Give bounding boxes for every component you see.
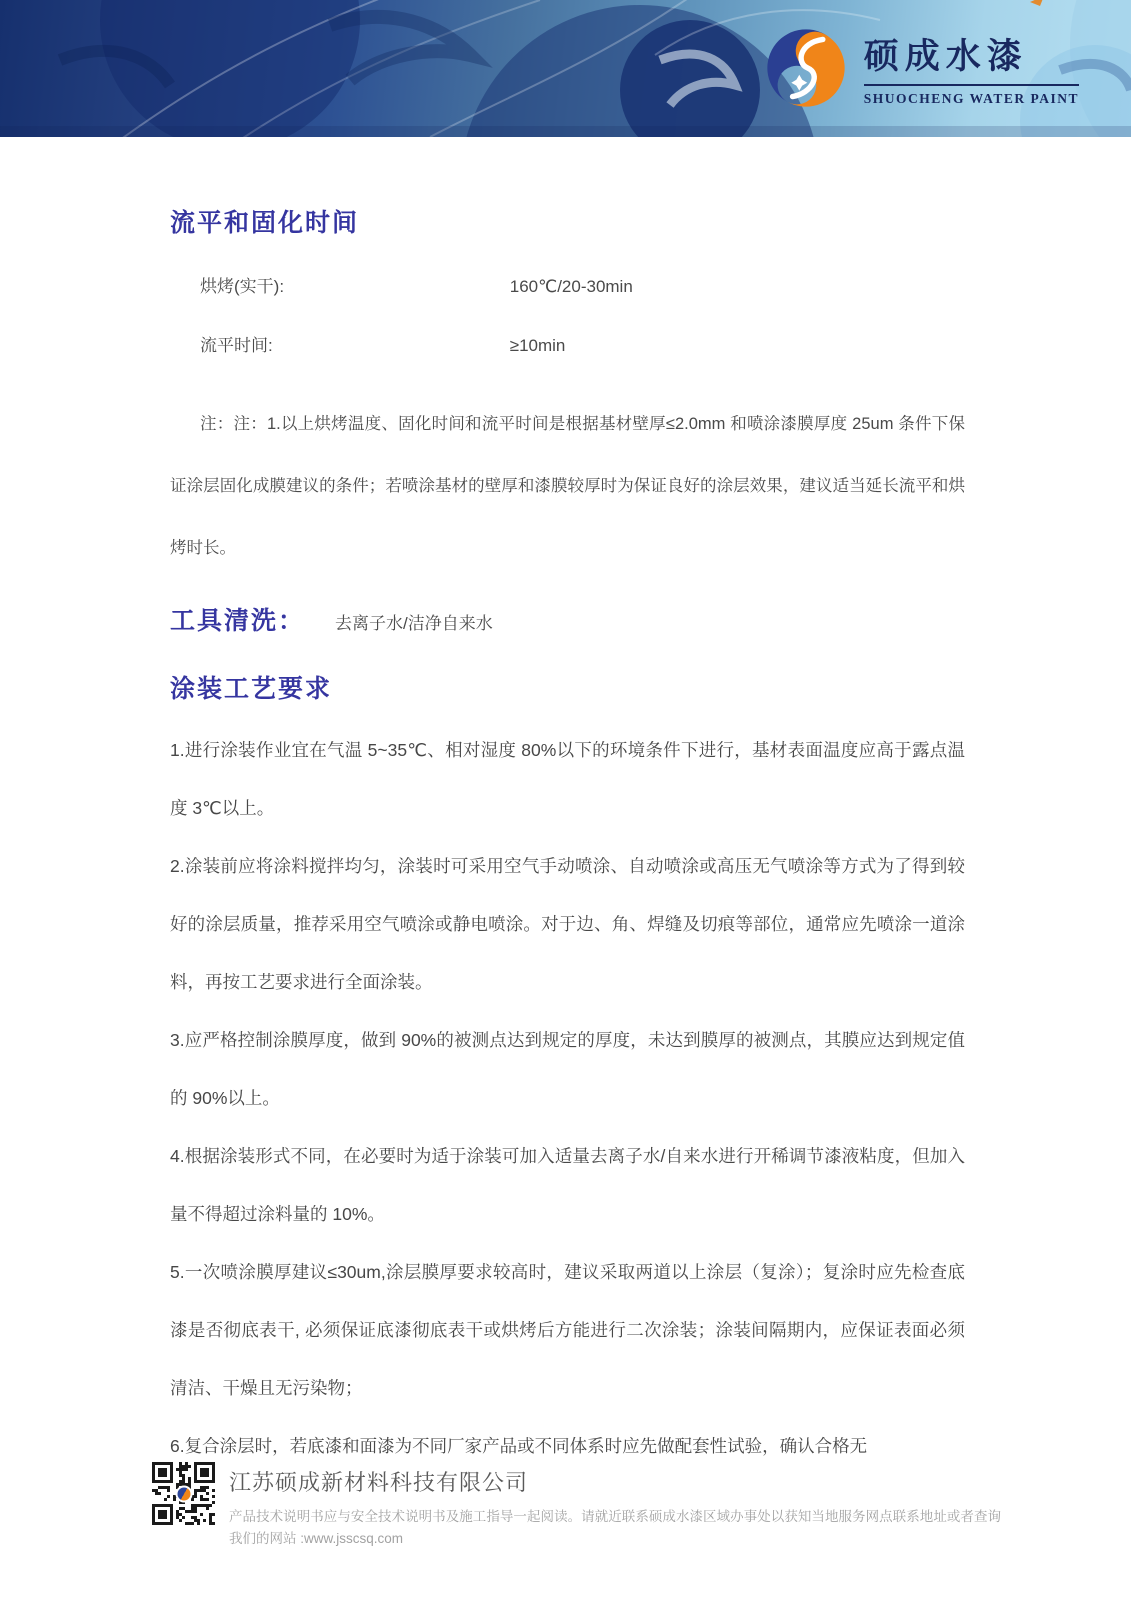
spec-row-leveling-time: 流平时间: ≥10min (170, 334, 965, 358)
document-page: 硕成水漆 SHUOCHENG WATER PAINT 流平和固化时间 烘烤(实干… (0, 0, 1131, 1600)
spec-label-leveling-time: 流平时间: (200, 334, 505, 358)
footer-text: 江苏硕成新材料科技有限公司 产品技术说明书应与安全技术说明书及施工指导一起阅读。… (229, 1462, 1001, 1550)
spec-value-leveling-time: ≥10min (510, 334, 566, 358)
document-body: 流平和固化时间 烘烤(实干): 160℃/20-30min 流平时间: ≥10m… (0, 137, 1131, 1475)
tool-cleaning-value: 去离子水/洁净自来水 (335, 609, 493, 634)
process-paragraph-2: 2.涂装前应将涂料搅拌均匀，涂装时可采用空气手动喷涂、自动喷涂或高压无气喷涂等方… (170, 837, 965, 1011)
brand-logo: 硕成水漆 SHUOCHENG WATER PAINT (764, 26, 1079, 110)
qr-center-logo-icon (175, 1485, 192, 1502)
process-paragraph-3: 3.应严格控制涂膜厚度，做到 90%的被测点达到规定的厚度，未达到膜厚的被测点，… (170, 1011, 965, 1127)
section-title-process: 涂装工艺要求 (170, 669, 965, 705)
company-name: 江苏硕成新材料科技有限公司 (229, 1466, 1001, 1497)
footer-note: 产品技术说明书应与安全技术说明书及施工指导一起阅读。请就近联系硕成水漆区域办事处… (229, 1506, 1001, 1550)
spec-table: 烘烤(实干): 160℃/20-30min 流平时间: ≥10min (170, 275, 965, 358)
process-paragraphs: 1.进行涂装作业宜在气温 5~35℃、相对湿度 80%以下的环境条件下进行，基材… (170, 721, 965, 1475)
process-paragraph-4: 4.根据涂装形式不同，在必要时为适于涂装可加入适量去离子水/自来水进行开稀调节漆… (170, 1127, 965, 1243)
page-footer: 江苏硕成新材料科技有限公司 产品技术说明书应与安全技术说明书及施工指导一起阅读。… (152, 1462, 1001, 1550)
tool-cleaning-row: 工具清洗： 去离子水/洁净自来水 (170, 601, 965, 637)
spec-value-baking: 160℃/20-30min (510, 275, 633, 299)
spec-label-baking: 烘烤(实干): (200, 275, 505, 299)
brand-name-cn: 硕成水漆 (864, 29, 1079, 86)
section-title-tool-cleaning: 工具清洗： (170, 601, 305, 637)
brand-emblem-icon (764, 26, 848, 110)
spec-row-baking: 烘烤(实干): 160℃/20-30min (170, 275, 965, 299)
process-paragraph-5: 5.一次喷涂膜厚建议≤30um,涂层膜厚要求较高时，建议采取两道以上涂层（复涂）… (170, 1243, 965, 1417)
brand-text: 硕成水漆 SHUOCHENG WATER PAINT (864, 29, 1079, 107)
section-title-leveling: 流平和固化时间 (170, 203, 965, 239)
qr-code (152, 1462, 215, 1525)
brand-name-en: SHUOCHENG WATER PAINT (864, 86, 1079, 107)
note-paragraph: 注：注：1.以上烘烤温度、固化时间和流平时间是根据基材壁厚≤2.0mm 和喷涂漆… (170, 393, 965, 579)
header-banner: 硕成水漆 SHUOCHENG WATER PAINT (0, 0, 1131, 137)
process-paragraph-1: 1.进行涂装作业宜在气温 5~35℃、相对湿度 80%以下的环境条件下进行，基材… (170, 721, 965, 837)
